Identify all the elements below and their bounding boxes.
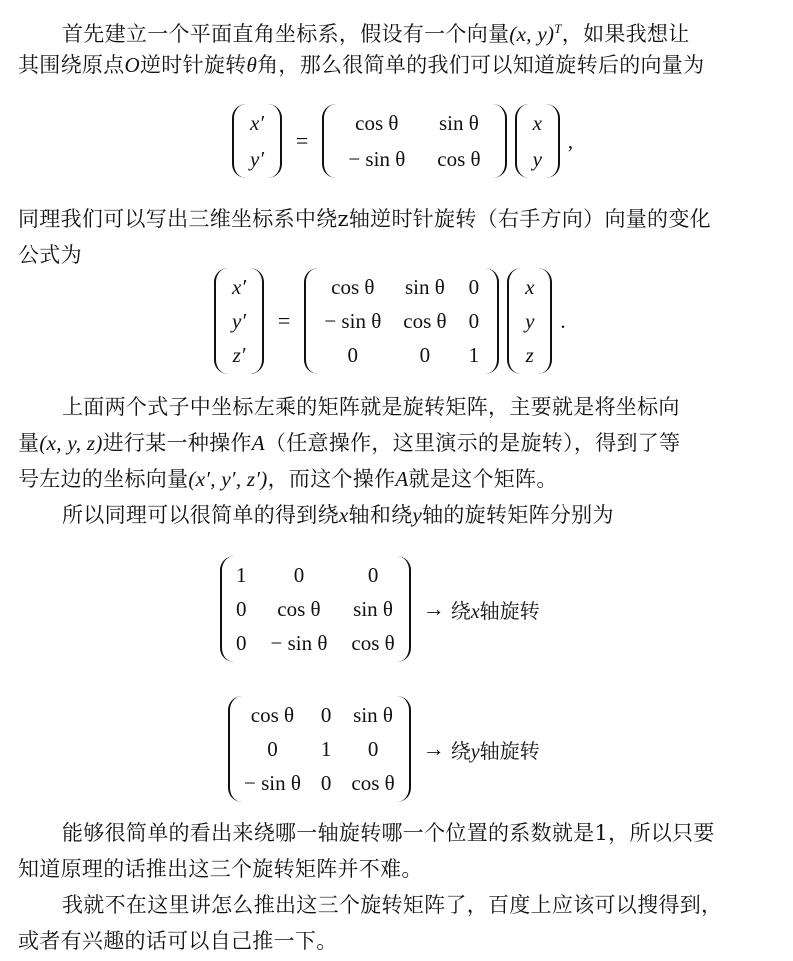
period: .	[560, 309, 565, 334]
y-symbol: y	[412, 503, 422, 527]
text: ，而这个操作	[268, 467, 396, 491]
text: 角，那么很简单的我们可以知道旋转后的向量为	[257, 53, 704, 77]
origin-symbol: O	[125, 53, 140, 77]
paragraph-5-line-2: 知道原理的话推出这三个旋转矩阵并不难。	[18, 854, 775, 884]
rotation-matrix-x-block: 1 0 0 0 cos θ sin θ 0 − sin θ cos θ → 绕x…	[220, 556, 540, 662]
x-symbol: x	[339, 503, 349, 527]
text: 上面两个式子中坐标左乘的矩阵就是旋转矩阵，主要就是将坐标向	[62, 395, 680, 419]
matrix-cell: sin θ	[437, 108, 480, 138]
theta-symbol: θ	[246, 53, 257, 77]
matrix-cell: 0	[324, 340, 381, 370]
matrix-cell: 1	[469, 340, 480, 370]
equation-3d-z-rotation: x′ y′ z′ = cos θ sin θ 0 − sin θ cos θ 0…	[214, 268, 566, 374]
paragraph-3-line-1: 上面两个式子中坐标左乘的矩阵就是旋转矩阵，主要就是将坐标向	[18, 392, 775, 422]
rotation-y-label: 绕y轴旋转	[451, 735, 540, 764]
text: 能够很简单的看出来绕哪一轴旋转哪一个位置的系数就是1，所以只要	[62, 821, 715, 845]
matrix-cell: cos θ	[403, 306, 446, 336]
left-paren	[232, 104, 246, 178]
left-paren	[507, 268, 521, 374]
right-paren	[397, 696, 411, 802]
text: 知道原理的话推出这三个旋转矩阵并不难。	[18, 857, 423, 881]
matrix-cell: y′	[232, 306, 246, 336]
text: 同理我们可以写出三维坐标系中绕z轴逆时针旋转（右手方向）向量的变化	[18, 207, 711, 231]
matrix-cell: x′	[232, 272, 246, 302]
matrix-cell: x′	[250, 108, 264, 138]
operation-symbol: A	[252, 431, 265, 455]
vector-xyz: (x, y, z)	[39, 431, 102, 455]
left-paren	[515, 104, 529, 178]
text: 进行某一种操作	[103, 431, 252, 455]
text: ，如果我想让	[562, 22, 690, 46]
left-paren	[322, 104, 336, 178]
paragraph-1-line-1: 首先建立一个平面直角坐标系，假设有一个向量(x, y)T，如果我想让	[18, 14, 775, 49]
matrix-cell: 0	[236, 628, 247, 658]
matrix-cell: sin θ	[351, 594, 394, 624]
rotation-matrix-z: cos θ sin θ 0 − sin θ cos θ 0 0 0 1	[304, 268, 499, 374]
text: 其围绕原点	[18, 53, 125, 77]
equals-sign: =	[296, 128, 308, 154]
right-paren	[493, 104, 507, 178]
right-paren	[546, 104, 560, 178]
equals-sign: =	[278, 308, 290, 334]
matrix-cell: cos θ	[271, 594, 328, 624]
text: 号左边的坐标向量	[18, 467, 188, 491]
rhs-vector: x y z	[507, 268, 552, 374]
paragraph-3-line-2: 量(x, y, z)进行某一种操作A（任意操作，这里演示的是旋转），得到了等	[18, 428, 775, 458]
transpose-superscript: T	[554, 21, 562, 36]
matrix-cell: 0	[351, 734, 394, 764]
rotation-x-label: 绕x轴旋转	[451, 595, 540, 624]
matrix-cell: sin θ	[403, 272, 446, 302]
left-paren	[214, 268, 228, 374]
text: 首先建立一个平面直角坐标系，假设有一个向量	[62, 22, 509, 46]
text: 轴旋转	[480, 599, 540, 623]
matrix-cell: y	[525, 306, 534, 336]
matrix-cell: cos θ	[351, 768, 394, 798]
rotation-matrix-x: 1 0 0 0 cos θ sin θ 0 − sin θ cos θ	[220, 556, 411, 662]
rotation-matrix-y: cos θ 0 sin θ 0 1 0 − sin θ 0 cos θ	[228, 696, 411, 802]
equation-2d-rotation: x′ y′ = cos θ sin θ − sin θ cos θ x y ,	[232, 104, 573, 178]
text: 逆时针旋转	[140, 53, 247, 77]
lhs-vector: x′ y′	[232, 104, 282, 178]
matrix-cell: z	[525, 340, 534, 370]
matrix-cell: − sin θ	[244, 768, 301, 798]
matrix-cell: 0	[321, 768, 332, 798]
matrix-cell: sin θ	[351, 700, 394, 730]
text: （任意操作，这里演示的是旋转），得到了等	[265, 431, 681, 455]
rotation-matrix-2d: cos θ sin θ − sin θ cos θ	[322, 104, 506, 178]
matrix-cell: cos θ	[324, 272, 381, 302]
right-paren	[538, 268, 552, 374]
matrix-cell: − sin θ	[324, 306, 381, 336]
arrow-icon: →	[423, 596, 445, 622]
arrow-icon: →	[423, 736, 445, 762]
text: 绕	[451, 739, 471, 763]
text: 轴的旋转矩阵分别为	[422, 503, 614, 527]
matrix-cell: y′	[250, 144, 264, 174]
text: 量	[18, 431, 39, 455]
paragraph-4: 所以同理可以很简单的得到绕x轴和绕y轴的旋转矩阵分别为	[18, 500, 775, 530]
text: 或者有兴趣的话可以自己推一下。	[18, 929, 338, 953]
matrix-cell: x	[533, 108, 542, 138]
matrix-cell: z′	[232, 340, 246, 370]
left-paren	[304, 268, 318, 374]
matrix-cell: 0	[244, 734, 301, 764]
left-paren	[220, 556, 234, 662]
text: 轴旋转	[480, 739, 540, 763]
paragraph-5-line-1: 能够很简单的看出来绕哪一轴旋转哪一个位置的系数就是1，所以只要	[18, 818, 775, 848]
lhs-vector: x′ y′ z′	[214, 268, 264, 374]
matrix-cell: cos θ	[437, 144, 480, 174]
matrix-cell: 0	[271, 560, 328, 590]
matrix-cell: 0	[351, 560, 394, 590]
operation-symbol: A	[395, 467, 408, 491]
matrix-cell: 0	[236, 594, 247, 624]
paragraph-2-line-2: 公式为	[18, 240, 775, 270]
right-paren	[250, 268, 264, 374]
matrix-cell: x	[525, 272, 534, 302]
comma: ,	[568, 129, 573, 154]
paragraph-6-line-2: 或者有兴趣的话可以自己推一下。	[18, 926, 775, 956]
text: 我就不在这里讲怎么推出这三个旋转矩阵了，百度上应该可以搜得到，	[62, 893, 722, 917]
text: 公式为	[18, 243, 82, 267]
matrix-cell: 0	[469, 272, 480, 302]
matrix-cell: cos θ	[244, 700, 301, 730]
paragraph-1-line-2: 其围绕原点O逆时针旋转θ角，那么很简单的我们可以知道旋转后的向量为	[18, 50, 775, 80]
right-paren	[485, 268, 499, 374]
rhs-vector: x y	[515, 104, 560, 178]
text: 所以同理可以很简单的得到绕	[62, 503, 339, 527]
matrix-cell: cos θ	[351, 628, 394, 658]
matrix-cell: 0	[321, 700, 332, 730]
matrix-cell: − sin θ	[271, 628, 328, 658]
y-symbol: y	[471, 741, 480, 763]
rotation-matrix-y-block: cos θ 0 sin θ 0 1 0 − sin θ 0 cos θ → 绕y…	[228, 696, 540, 802]
matrix-cell: 0	[403, 340, 446, 370]
matrix-cell: cos θ	[348, 108, 405, 138]
matrix-cell: − sin θ	[348, 144, 405, 174]
vector-xyz-prime: (x′, y′, z′)	[188, 467, 267, 491]
right-paren	[268, 104, 282, 178]
text: 就是这个矩阵。	[409, 467, 558, 491]
paragraph-2-line-1: 同理我们可以写出三维坐标系中绕z轴逆时针旋转（右手方向）向量的变化	[18, 204, 775, 234]
paragraph-6-line-1: 我就不在这里讲怎么推出这三个旋转矩阵了，百度上应该可以搜得到，	[18, 890, 775, 920]
matrix-cell: 1	[236, 560, 247, 590]
vector-xy: (x, y)	[509, 22, 554, 46]
matrix-cell: y	[533, 144, 542, 174]
text: 轴和绕	[349, 503, 413, 527]
x-symbol: x	[471, 601, 480, 623]
right-paren	[397, 556, 411, 662]
paragraph-3-line-3: 号左边的坐标向量(x′, y′, z′)，而这个操作A就是这个矩阵。	[18, 464, 775, 494]
matrix-cell: 0	[469, 306, 480, 336]
matrix-cell: 1	[321, 734, 332, 764]
left-paren	[228, 696, 242, 802]
text: 绕	[451, 599, 471, 623]
